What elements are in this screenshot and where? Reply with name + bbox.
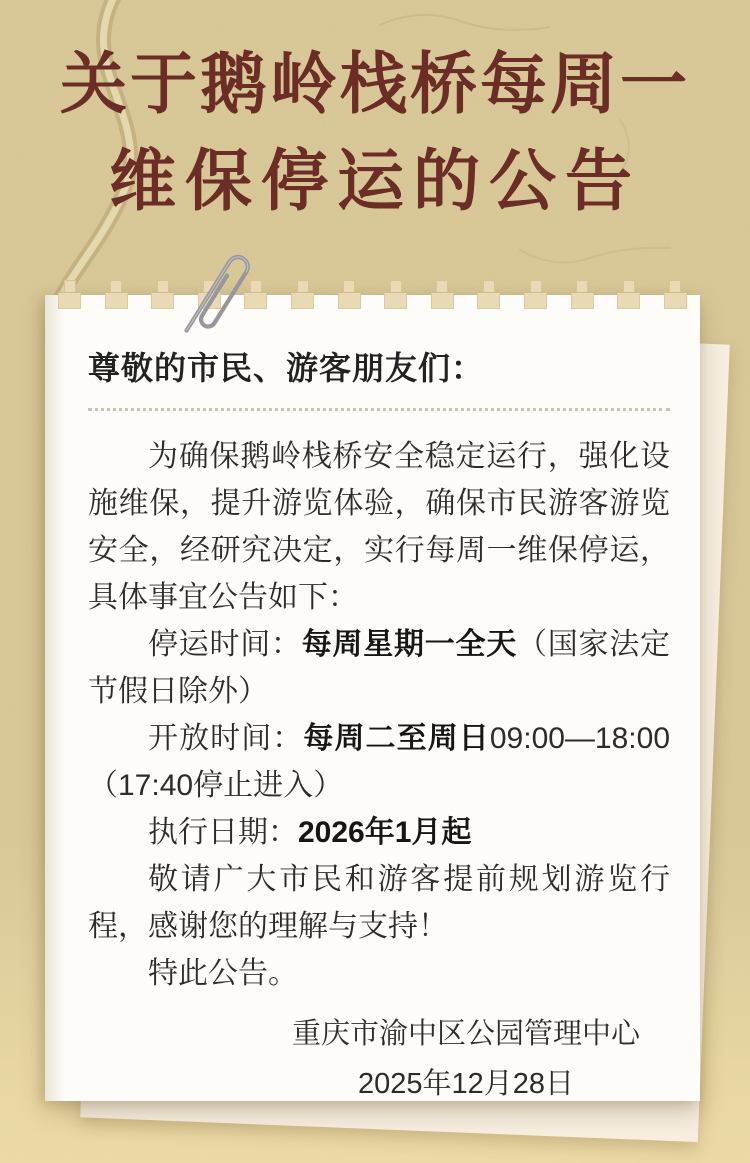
notice-paragraph: 停运时间：每周星期一全天（国家法定节假日除外） xyxy=(88,621,670,715)
poster-title-line1: 关于鹅岭栈桥每周一 xyxy=(0,36,750,133)
notice-poster: { "colors":{ "background":"#d9c897", "ti… xyxy=(0,0,750,1163)
notice-body: 为确保鹅岭栈桥安全稳定运行，强化设施维保，提升游览体验，确保市民游客游览安全，经… xyxy=(88,433,670,997)
signature-date: 2025年12月28日 xyxy=(292,1059,640,1109)
notice-card: 尊敬的市民、游客朋友们： 为确保鹅岭栈桥安全稳定运行，强化设施维保，提升游览体验… xyxy=(45,295,700,1101)
signature-org: 重庆市渝中区公园管理中心 xyxy=(292,1009,640,1059)
dotted-rule xyxy=(88,408,670,411)
poster-title-line2: 维保停运的公告 xyxy=(0,133,750,230)
poster-title: 关于鹅岭栈桥每周一 维保停运的公告 xyxy=(0,36,750,230)
notice-paragraph: 为确保鹅岭栈桥安全稳定运行，强化设施维保，提升游览体验，确保市民游客游览安全，经… xyxy=(88,433,670,621)
notice-content: 尊敬的市民、游客朋友们： 为确保鹅岭栈桥安全稳定运行，强化设施维保，提升游览体验… xyxy=(45,295,700,1109)
notice-paragraph: 敬请广大市民和游客提前规划游览行程，感谢您的理解与支持！ xyxy=(88,856,670,950)
notice-paragraph: 开放时间：每周二至周日09:00—18:00（17:40停止进入） xyxy=(88,715,670,809)
notice-greeting: 尊敬的市民、游客朋友们： xyxy=(88,345,670,392)
signature-block: 重庆市渝中区公园管理中心 2025年12月28日 xyxy=(88,1009,670,1109)
notice-paragraph: 执行日期：2026年1月起 xyxy=(88,809,670,856)
notice-paragraph: 特此公告。 xyxy=(88,950,670,997)
